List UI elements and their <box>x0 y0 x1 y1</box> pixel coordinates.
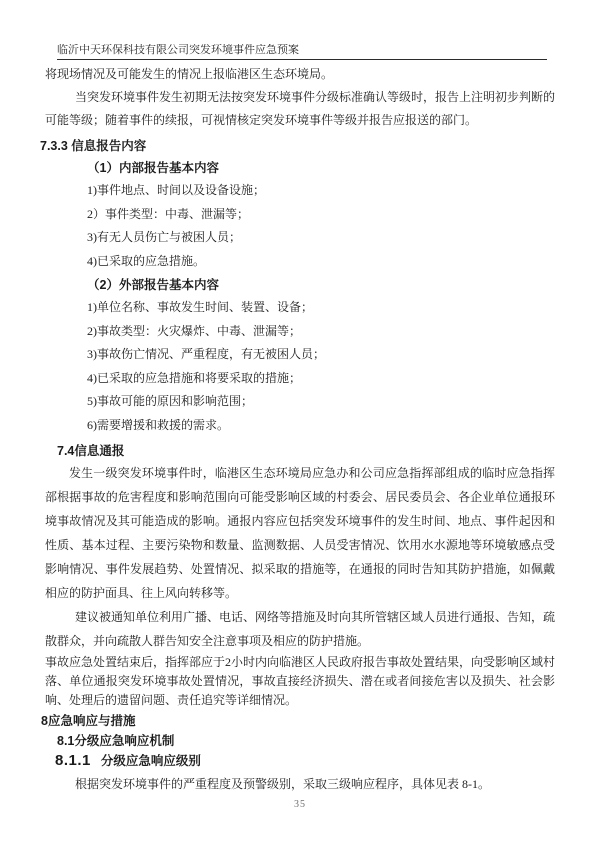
list-item: 1)单位名称、事故发生时间、装置、设备； <box>87 296 555 320</box>
list-item: 3)有无人员伤亡与被困人员； <box>87 226 555 250</box>
running-header: 临沂中天环保科技有限公司突发环境事件应急预案 <box>57 44 547 60</box>
section-heading-7-4: 7.4信息通报 <box>57 441 555 461</box>
document-page: 临沂中天环保科技有限公司突发环境事件应急预案 将现场情况及可能发生的情况上报临港… <box>0 0 600 848</box>
paragraph-continuation: 将现场情况及可能发生的情况上报临港区生态环境局。 <box>45 63 555 86</box>
section-heading-8: 8应急响应与措施 <box>41 712 555 730</box>
subheading-external-report: （2）外部报告基本内容 <box>87 274 555 296</box>
paragraph-result-report: 事故应急处置结束后，指挥部应于2小时内向临港区人民政府报告事故处置结果，向受影响… <box>45 653 555 710</box>
list-item: 3)事故伤亡情况、严重程度，有无被困人员； <box>87 343 555 367</box>
list-item: 4)已采取的应急措施和将要采取的措施； <box>87 367 555 391</box>
list-item: 5)事故可能的原因和影响范围； <box>87 390 555 414</box>
paragraph-grading: 当突发环境事件发生初期无法按突发环境事件分级标准确认等级时，报告上注明初步判断的… <box>45 86 555 132</box>
list-item: 6)需要增援和救援的需求。 <box>87 414 555 438</box>
paragraph-notification: 发生一级突发环境事件时，临港区生态环境局应急办和公司应急指挥部组成的临时应急指挥… <box>45 461 555 605</box>
page-number: 35 <box>45 799 555 810</box>
section-heading-8-1: 8.1分级应急响应机制 <box>57 732 555 750</box>
section-heading-7-3-3: 7.3.3 信息报告内容 <box>40 136 555 156</box>
paragraph-response-levels: 根据突发环境事件的严重程度及预警级别，采取三级响应程序，具体见表 8-1。 <box>45 775 555 793</box>
section-heading-8-1-1: 8.1.1分级应急响应级别 <box>55 751 555 771</box>
list-item: 4)已采取的应急措施。 <box>87 250 555 274</box>
paragraph-advice: 建议被通知单位利用广播、电话、网络等措施及时向其所管辖区域人员进行通报、告知，疏… <box>45 605 555 653</box>
section-number: 8.1.1 <box>55 752 91 769</box>
list-item: 2）事件类型：中毒、泄漏等； <box>87 203 555 227</box>
list-item: 2)事故类型：火灾爆炸、中毒、泄漏等； <box>87 320 555 344</box>
list-item: 1)事件地点、时间以及设备设施； <box>87 179 555 203</box>
subheading-internal-report: （1）内部报告基本内容 <box>87 157 555 179</box>
section-title: 分级应急响应级别 <box>101 754 201 768</box>
